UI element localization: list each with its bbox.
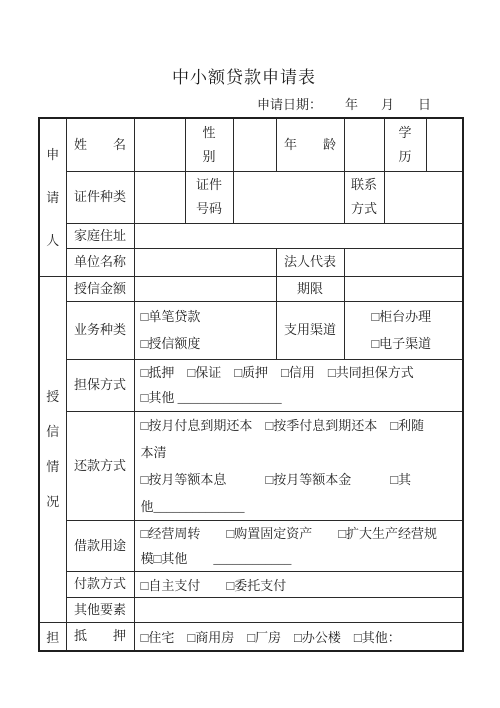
channel-checkboxes[interactable]: □柜台办理 □电子渠道 [344, 301, 463, 359]
education-value-cell[interactable] [426, 118, 463, 171]
row-business-type: 业务种类 □单笔贷款 □授信额度 支用渠道 □柜台办理 □电子渠道 [39, 301, 463, 359]
row-credit-amount: 授 信 情 况 授信金额 期限 [39, 276, 463, 301]
term-value-cell[interactable] [344, 276, 463, 301]
date-month-label: 月 [381, 94, 394, 113]
mortgage-label: 抵 押 [66, 622, 134, 651]
credit-amount-value-cell[interactable] [134, 276, 276, 301]
contact-value-cell[interactable] [384, 171, 463, 223]
other-elements-label: 其他要素 [66, 597, 134, 622]
home-address-label: 家庭住址 [66, 223, 134, 248]
legal-rep-value-cell[interactable] [344, 248, 463, 276]
application-date-line: 申请日期： 年 月 日 [0, 94, 500, 112]
education-label: 学 历 [384, 118, 426, 171]
application-date-label: 申请日期： [257, 94, 322, 113]
business-type-label: 业务种类 [66, 301, 134, 359]
loan-application-table: 申 请 人 姓 名 性 别 年 龄 学 历 证件种类 证件 号码 联系 方式 家… [38, 117, 464, 652]
row-home-address: 家庭住址 [39, 223, 463, 248]
row-purpose: 借款用途 □经营周转 □购置固定资产 □扩大生产经营规 模□其他 _______… [39, 520, 463, 571]
id-type-value-cell[interactable] [134, 171, 185, 223]
company-name-value-cell[interactable] [134, 248, 276, 276]
repayment-checkboxes[interactable]: □按月付息到期还本 □按季付息到期还本 □利随 本清 □按月等额本息 □按月等额… [134, 411, 463, 520]
date-day-label: 日 [418, 94, 431, 113]
name-value-cell[interactable] [134, 118, 185, 171]
row-id-contact: 证件种类 证件 号码 联系 方式 [39, 171, 463, 223]
credit-amount-label: 授信金额 [66, 276, 134, 301]
gender-value-cell[interactable] [233, 118, 276, 171]
company-name-label: 单位名称 [66, 248, 134, 276]
id-type-label: 证件种类 [66, 171, 134, 223]
section-collateral: 担 [39, 622, 66, 651]
form-title: 中小额贷款申请表 [0, 63, 488, 88]
home-address-value-cell[interactable] [134, 223, 463, 248]
age-value-cell[interactable] [344, 118, 384, 171]
mortgage-checkboxes[interactable]: □住宅 □商用房 □厂房 □办公楼 □其他： [134, 622, 463, 651]
channel-label: 支用渠道 [276, 301, 344, 359]
id-number-value-cell[interactable] [233, 171, 344, 223]
other-elements-value-cell[interactable] [134, 597, 463, 622]
age-label: 年 龄 [276, 118, 344, 171]
legal-rep-label: 法人代表 [276, 248, 344, 276]
row-payment: 付款方式 □自主支付 □委托支付 [39, 571, 463, 597]
term-label: 期限 [276, 276, 344, 301]
payment-checkboxes[interactable]: □自主支付 □委托支付 [134, 571, 463, 597]
loan-application-page: { "page": { "title": "中小额贷款申请表", "date_l… [0, 0, 500, 708]
date-year-label: 年 [345, 94, 358, 113]
row-mortgage: 担 抵 押 □住宅 □商用房 □厂房 □办公楼 □其他： [39, 622, 463, 651]
purpose-checkboxes[interactable]: □经营周转 □购置固定资产 □扩大生产经营规 模□其他 ____________ [134, 520, 463, 571]
row-other-elements: 其他要素 [39, 597, 463, 622]
id-number-label: 证件 号码 [185, 171, 233, 223]
row-name-gender-age-education: 申 请 人 姓 名 性 别 年 龄 学 历 [39, 118, 463, 171]
payment-label: 付款方式 [66, 571, 134, 597]
section-applicant: 申 请 人 [39, 118, 66, 276]
gender-label: 性 别 [185, 118, 233, 171]
repayment-label: 还款方式 [66, 411, 134, 520]
contact-label: 联系 方式 [344, 171, 384, 223]
section-credit: 授 信 情 况 [39, 276, 66, 622]
purpose-label: 借款用途 [66, 520, 134, 571]
guarantee-checkboxes[interactable]: □抵押 □保证 □质押 □信用 □共同担保方式 □其他 ____________… [134, 359, 463, 411]
name-label: 姓 名 [66, 118, 134, 171]
row-repayment: 还款方式 □按月付息到期还本 □按季付息到期还本 □利随 本清 □按月等额本息 … [39, 411, 463, 520]
guarantee-label: 担保方式 [66, 359, 134, 411]
business-type-checkboxes[interactable]: □单笔贷款 □授信额度 [134, 301, 276, 359]
row-guarantee: 担保方式 □抵押 □保证 □质押 □信用 □共同担保方式 □其他 _______… [39, 359, 463, 411]
row-company: 单位名称 法人代表 [39, 248, 463, 276]
